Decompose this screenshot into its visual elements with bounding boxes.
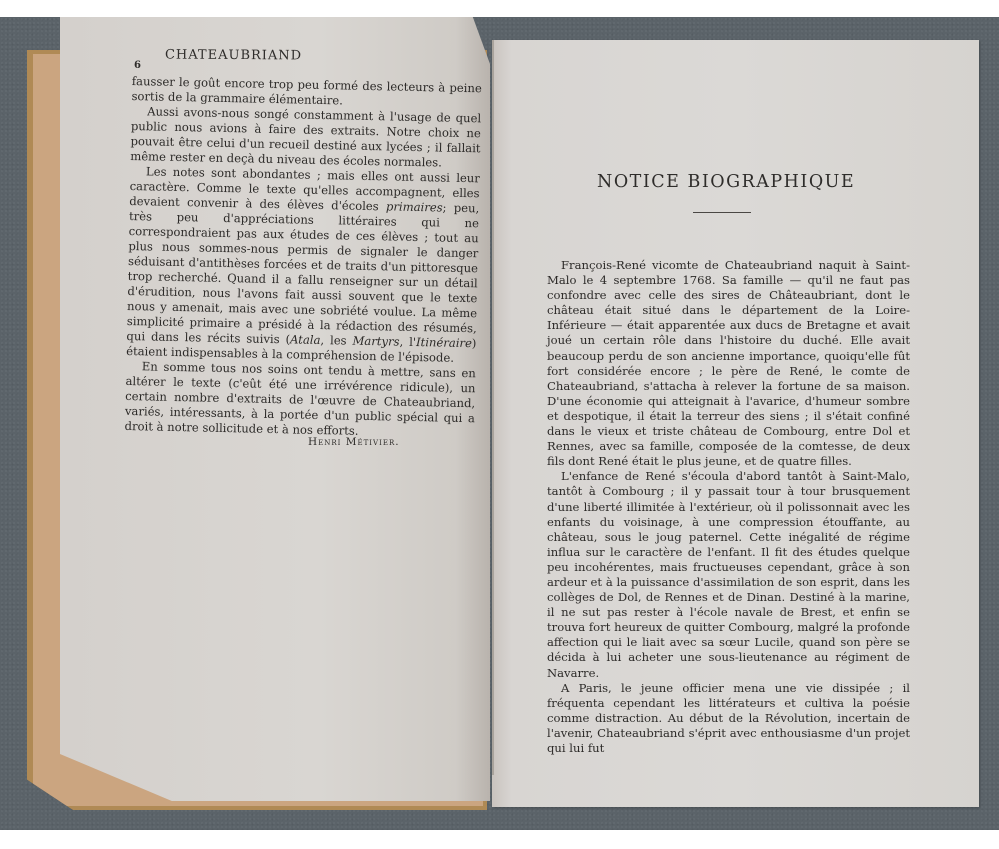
biography-text: François-René vicomte de Chateaubriand n… [547, 258, 910, 756]
italic-title: Atala [290, 332, 321, 347]
paragraph: L'enfance de René s'écoula d'abord tantô… [547, 469, 910, 680]
paragraph: Aussi avons-nous songé constamment à l'u… [130, 104, 481, 171]
author-signature: Henri Métivier. [308, 436, 400, 448]
chapter-title: NOTICE BIOGRAPHIQUE [597, 172, 855, 192]
preface-text: fausser le goût encore trop peu formé de… [124, 74, 481, 441]
title-rule-divider [693, 212, 751, 213]
italic-title: Itinéraire [416, 335, 472, 350]
page-number: 6 [134, 60, 141, 71]
paragraph: François-René vicomte de Chateaubriand n… [547, 258, 910, 469]
text-run: , l' [399, 335, 416, 349]
italic-term: primaires [386, 199, 443, 214]
paragraph: A Paris, le jeune officier mena une vie … [547, 681, 910, 756]
paragraph: Les notes sont abondantes ; mais elles o… [126, 164, 480, 366]
text-run: , les [320, 333, 352, 348]
running-head: CHATEAUBRIAND [165, 48, 302, 64]
paragraph: En somme tous nos soins ont tendu à mett… [124, 359, 475, 441]
book-gutter [492, 40, 494, 775]
italic-title: Martyrs [352, 334, 399, 349]
text-run: ; peu, très peu d'appréciations littérai… [126, 201, 479, 347]
